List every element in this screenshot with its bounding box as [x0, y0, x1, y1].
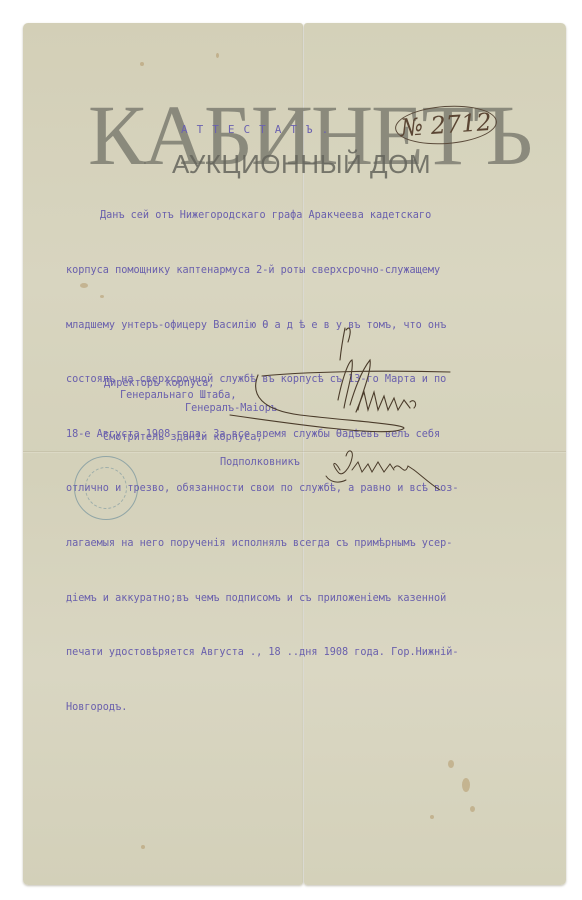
- body-line: Данъ сей отъ Нижегородскаго графа Аракче…: [66, 207, 546, 225]
- stain-spot: [430, 815, 434, 819]
- body-line: корпуса помощнику каптенармуса 2-й роты …: [66, 262, 546, 280]
- body-line: отлично и трезво, обязанности свои по сл…: [66, 480, 546, 498]
- body-line: печати удостовѣряется Августа ., 18 ..дн…: [66, 644, 546, 662]
- body-line: Новгородъ.: [66, 699, 546, 717]
- document-body: Данъ сей отъ Нижегородскаго графа Аракче…: [66, 171, 546, 735]
- director-title-line3: Генералъ-Маіоръ: [185, 403, 277, 415]
- seal-emblem: [85, 467, 127, 509]
- stain-spot: [216, 53, 219, 58]
- official-seal: печать корпуса: [74, 456, 138, 520]
- stain-spot: [448, 760, 454, 768]
- stain-spot: [470, 806, 475, 812]
- body-line: младшему унтеръ-офицеру Василію Ѳ а д ѣ …: [66, 317, 546, 335]
- stain-spot: [140, 62, 144, 66]
- document-title: АТТЕСТАТЪ.: [181, 123, 337, 136]
- body-line: діемъ и аккуратно;въ чемъ подписомъ и съ…: [66, 590, 546, 608]
- stain-spot: [141, 845, 145, 849]
- supervisor-title-line1: Смотритель зданій корпуса,: [103, 432, 262, 444]
- director-title-line2: Генеральнаго Штаба,: [120, 390, 237, 402]
- body-line: лагаемыя на него порученія исполнялъ все…: [66, 535, 546, 553]
- director-title-line1: Директоръ корпуса,: [104, 378, 214, 390]
- supervisor-title-line2: Подполковникъ: [220, 457, 300, 469]
- stain-spot: [462, 778, 470, 792]
